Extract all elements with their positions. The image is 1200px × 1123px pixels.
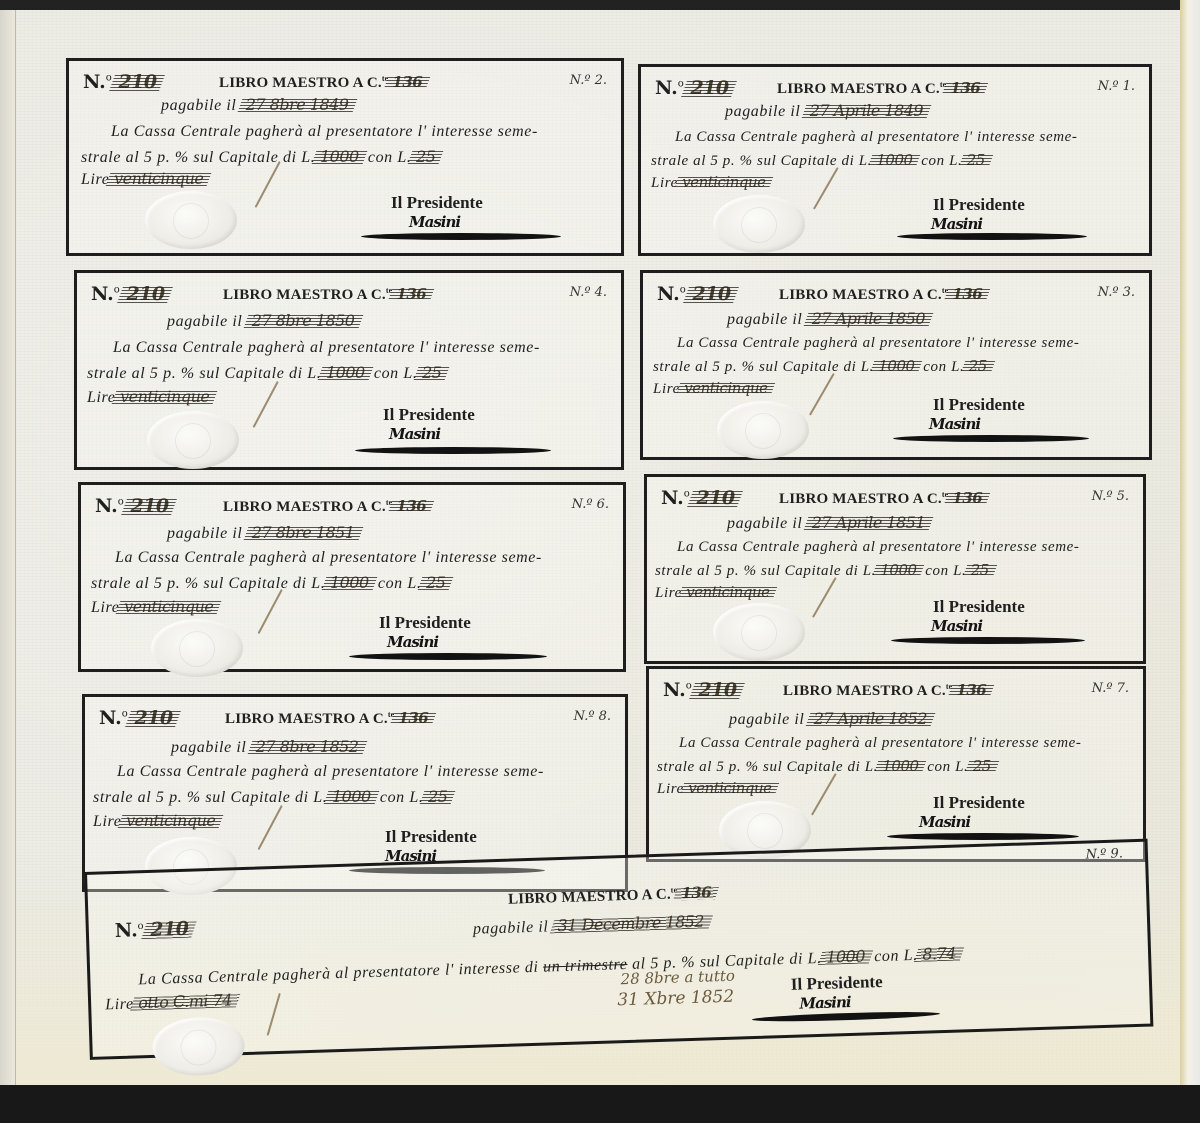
president-label: Il Presidente [933,793,1025,813]
text-line-1: La Cassa Centrale pagherà al presentator… [111,123,538,141]
embossed-seal-icon [717,401,809,459]
signature-flourish [752,1010,940,1023]
president-label: Il Presidente [933,195,1025,215]
cancel-stroke [811,773,837,816]
lire-line: Lire venticinque [651,173,766,192]
payable-line: pagabile il 27 Aprile 1851 [727,513,925,533]
coupon-5: N.o 210 LIBRO MAESTRO A C.te 136 N.º 5. … [644,474,1146,664]
coupon-number: N.o 210 [99,707,173,729]
coupon-number: N.o 210 [657,283,731,305]
embossed-seal-icon [151,619,243,677]
signature: Masini [929,415,980,433]
text-line-1: La Cassa Centrale pagherà al presentator… [679,735,1082,752]
president-label: Il Presidente [791,972,883,995]
president-label: Il Presidente [383,405,475,425]
struck-text: un trimestre [543,956,628,976]
president-label: Il Presidente [391,193,483,213]
text-line-2: strale al 5 p. % sul Capitale di L. 1000… [655,561,989,580]
president-label: Il Presidente [385,827,477,847]
signature: Masini [931,617,982,635]
ledger-heading: LIBRO MAESTRO A C.te 136 [783,681,986,700]
signature: Masini [409,213,460,231]
signature-flourish [361,233,561,240]
cancel-stroke [258,805,283,850]
lire-line: Lire venticinque [91,597,213,617]
text-line-1: La Cassa Centrale pagherà al presentator… [677,539,1080,556]
signature-flourish [897,233,1087,240]
coupon-serial: N.º 4. [570,285,607,300]
ledger-heading: LIBRO MAESTRO A C.te 136 [225,709,428,728]
text-line-2: strale al 5 p. % sul Capitale di L. 1000… [657,757,991,776]
signature: Masini [389,425,440,443]
handwritten-note-1: 28 8bre a tutto [620,967,735,989]
ledger-heading: LIBRO MAESTRO A C.te 136 [223,285,426,304]
text-line-2: strale al 5 p. % sul Capitale di L. 1000… [87,363,441,383]
coupon-serial: N.º 3. [1098,285,1135,300]
coupon-serial: N.º 7. [1092,681,1129,696]
ledger-heading: LIBRO MAESTRO A C.te 136 [779,489,982,508]
embossed-seal-icon [713,195,805,253]
signature: Masini [931,215,982,233]
coupon-1: N.o 210 LIBRO MAESTRO A C.te 136 N.º 1. … [638,64,1152,256]
coupon-number: N.o 210 [655,77,729,99]
signature: Masini [387,633,438,651]
signature-flourish [349,653,547,660]
binding-edge [0,10,16,1123]
president-label: Il Presidente [933,395,1025,415]
lire-line: Lire venticinque [81,169,203,189]
lire-line: Lire venticinque [87,387,209,407]
cancel-stroke [812,577,837,618]
text-line-1: La Cassa Centrale pagherà al presentator… [117,763,544,781]
payable-line: pagabile il 31 Decembre 1852 [473,912,705,939]
text-line-2: strale al 5 p. % sul Capitale di L. 1000… [81,147,435,167]
signature-flourish [893,435,1089,442]
frame-bottom-edge [0,1085,1200,1123]
payable-line: pagabile il 27 8bre 1850 [167,311,354,331]
president-label: Il Presidente [379,613,471,633]
ledger-heading: LIBRO MAESTRO A C.te 136 [508,883,712,908]
cancel-stroke [258,589,283,634]
coupon-number: N.o 210 [115,918,189,942]
coupon-serial: N.º 1. [1098,79,1135,94]
cancel-stroke [813,167,839,210]
coupon-serial: N.º 5. [1092,489,1129,504]
coupon-2: N.o 210 LIBRO MAESTRO A C.te 136 N.º 2. … [66,58,624,256]
cancel-stroke [267,993,281,1036]
coupon-number: N.o 210 [83,71,157,93]
lire-line: Lire venticinque [653,379,768,398]
coupon-9: N.º 9. N.o 210 LIBRO MAESTRO A C.te 136 … [84,839,1153,1060]
coupon-4: N.o 210 LIBRO MAESTRO A C.te 136 N.º 4. … [74,270,624,470]
ledger-heading: LIBRO MAESTRO A C.te 136 [777,79,980,98]
text-line-1: La Cassa Centrale pagherà al presentator… [115,549,542,567]
payable-line: pagabile il 27 Aprile 1852 [729,709,927,729]
coupon-serial: N.º 8. [574,709,611,724]
cancel-stroke [809,373,835,416]
text-line-1: La Cassa Centrale pagherà al presentator… [113,339,540,357]
coupon-number: N.o 210 [95,495,169,517]
coupon-serial: N.º 2. [570,73,607,88]
ledger-heading: LIBRO MAESTRO A C.te 136 [779,285,982,304]
cancel-stroke [255,161,281,208]
coupon-number: N.o 210 [661,487,735,509]
payable-line: pagabile il 27 8bre 1851 [167,523,354,543]
coupon-7: N.o 210 LIBRO MAESTRO A C.te 136 N.º 7. … [646,666,1146,862]
signature-flourish [355,447,551,454]
ledger-heading: LIBRO MAESTRO A C.te 136 [219,73,422,92]
text-line-2: strale al 5 p. % sul Capitale di L. 1000… [653,357,987,376]
text-line-1: La Cassa Centrale pagherà al presentator… [675,129,1078,146]
signature-flourish [891,637,1085,644]
cancel-stroke [253,381,279,428]
text-line-2: strale al 5 p. % sul Capitale di L. 1000… [93,787,447,807]
payable-line: pagabile il 27 8bre 1849 [161,95,348,115]
coupon-serial: N.º 9. [1085,846,1123,862]
text-line-1: La Cassa Centrale pagherà al presentator… [677,335,1080,352]
coupon-number: N.o 210 [663,679,737,701]
coupon-number: N.o 210 [91,283,165,305]
lire-line: Lire venticinque [93,811,215,831]
lire-line: Lire otto C.mi 74 [105,990,232,1014]
lire-line: Lire venticinque [657,779,772,798]
text-line-2: strale al 5 p. % sul Capitale di L. 1000… [91,573,445,593]
embossed-seal-icon [713,603,805,661]
signature-flourish [887,833,1079,840]
embossed-seal-icon [145,191,237,249]
coupon-serial: N.º 6. [572,497,609,512]
payable-line: pagabile il 27 Aprile 1849 [725,101,923,121]
embossed-seal-icon [147,411,239,469]
signature: Masini [919,813,970,831]
president-label: Il Presidente [933,597,1025,617]
handwritten-note-2: 31 Xbre 1852 [617,987,734,1011]
payable-line: pagabile il 27 Aprile 1850 [727,309,925,329]
frame-mat-right [1180,0,1200,1123]
payable-line: pagabile il 27 8bre 1852 [171,737,358,757]
ledger-heading: LIBRO MAESTRO A C.te 136 [223,497,426,516]
text-line-2: strale al 5 p. % sul Capitale di L. 1000… [651,151,985,170]
coupon-6: N.o 210 LIBRO MAESTRO A C.te 136 N.º 6. … [78,482,626,672]
coupon-3: N.o 210 LIBRO MAESTRO A C.te 136 N.º 3. … [640,270,1152,460]
signature: Masini [799,993,851,1013]
lire-line: Lire venticinque [655,583,770,602]
